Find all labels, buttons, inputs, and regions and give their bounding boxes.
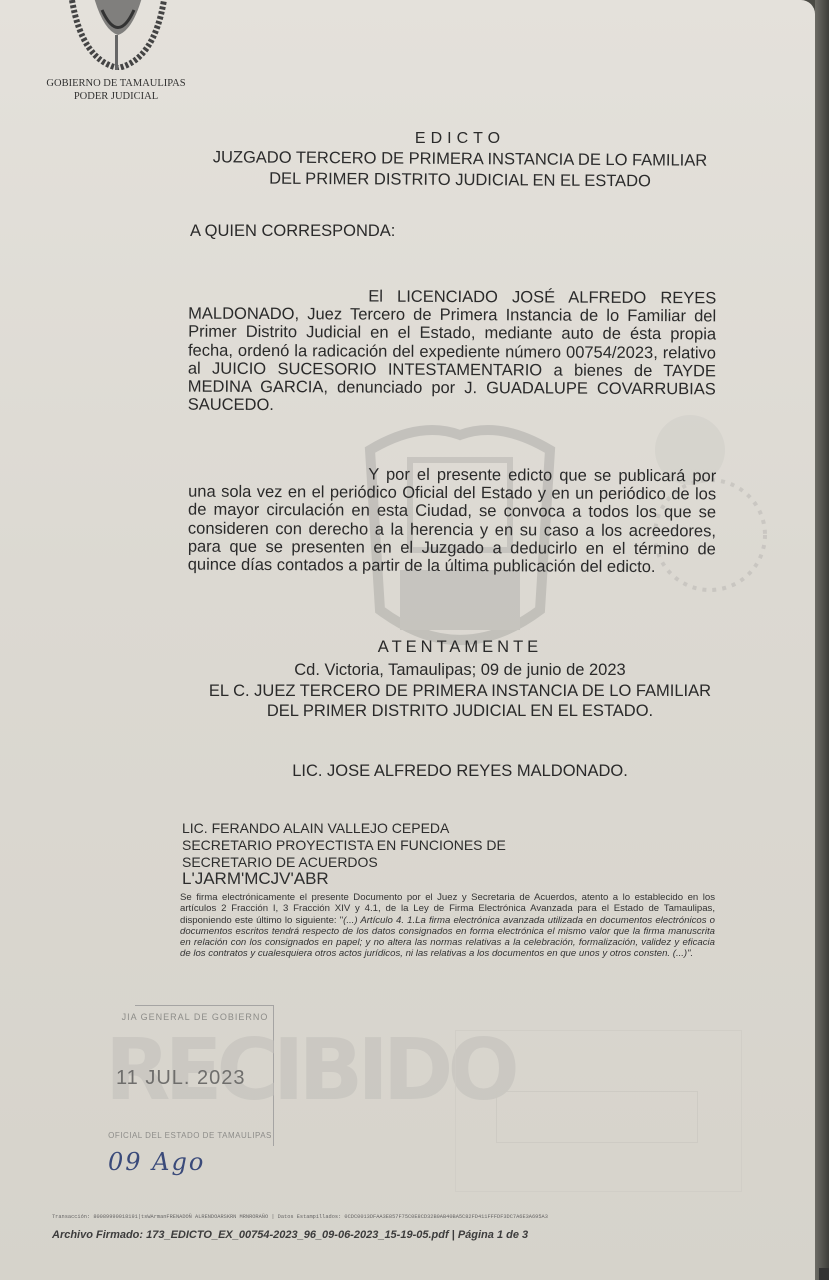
document-page: GOBIERNO DE TAMAULIPAS PODER JUDICIAL ED… (0, 0, 815, 1280)
body-paragraph-1: El LICENCIADO JOSÉ ALFREDO REYES MALDONA… (188, 287, 717, 417)
stamp-date: 11 JUL. 2023 (116, 1067, 246, 1090)
judge-title-line1: EL C. JUEZ TERCERO DE PRIMERA INSTANCIA … (180, 682, 740, 701)
faint-stamp (455, 1030, 742, 1192)
judge-title-line2: DEL PRIMER DISTRITO JUDICIAL EN EL ESTAD… (180, 702, 740, 721)
stamp-bottom-text: OFICIAL DEL ESTADO DE TAMAULIPAS (100, 1131, 280, 1140)
handwritten-note: 09 Ago (108, 1148, 205, 1176)
electronic-signature-notice: Se firma electrónicamente el presente Do… (180, 892, 715, 960)
coat-of-arms-seal-icon (62, 0, 174, 70)
court-name-line2: DEL PRIMER DISTRITO JUDICIAL EN EL ESTAD… (180, 169, 740, 192)
closing-atentamente: ATENTAMENTE (180, 638, 740, 657)
closing-place-date: Cd. Victoria, Tamaulipas; 09 de junio de… (180, 661, 740, 680)
drafter-initials: L'JARM'MCJV'ABR (182, 870, 329, 887)
background-corner (819, 1268, 829, 1280)
body-paragraph-2: Y por el presente edicto que se publicar… (188, 465, 717, 577)
secretary-role-line1: SECRETARIO PROYECTISTA EN FUNCIONES DE (182, 837, 506, 854)
paragraph-2-text: Y por el presente edicto que se publicar… (188, 466, 717, 577)
paragraph-1-text: El LICENCIADO JOSÉ ALFREDO REYES MALDONA… (188, 288, 717, 415)
faint-stamp-inner (496, 1091, 698, 1143)
document-type-title: EDICTO (180, 130, 740, 148)
signed-file-line: Archivo Firmado: 173_EDICTO_EX_00754-202… (52, 1229, 528, 1241)
received-stamp: RECIBIDO JIA GENERAL DE GOBIERNO 11 JUL.… (100, 1005, 275, 1145)
branch-name: PODER JUDICIAL (0, 90, 232, 103)
issuer-header: GOBIERNO DE TAMAULIPAS PODER JUDICIAL (0, 77, 232, 103)
judge-name: LIC. JOSE ALFREDO REYES MALDONADO. (180, 762, 740, 781)
background-edge (815, 0, 829, 1280)
court-name-line1: JUZGADO TERCERO DE PRIMERA INSTANCIA DE … (180, 148, 740, 171)
salutation: A QUIEN CORRESPONDA: (190, 222, 395, 241)
transaction-line: Transacción: 80089990018191|tsWArmanFREN… (52, 1214, 792, 1220)
secretary-name: LIC. FERANDO ALAIN VALLEJO CEPEDA (182, 820, 449, 837)
stamp-top-text: JIA GENERAL DE GOBIERNO (110, 1012, 280, 1022)
government-name: GOBIERNO DE TAMAULIPAS (0, 77, 232, 90)
